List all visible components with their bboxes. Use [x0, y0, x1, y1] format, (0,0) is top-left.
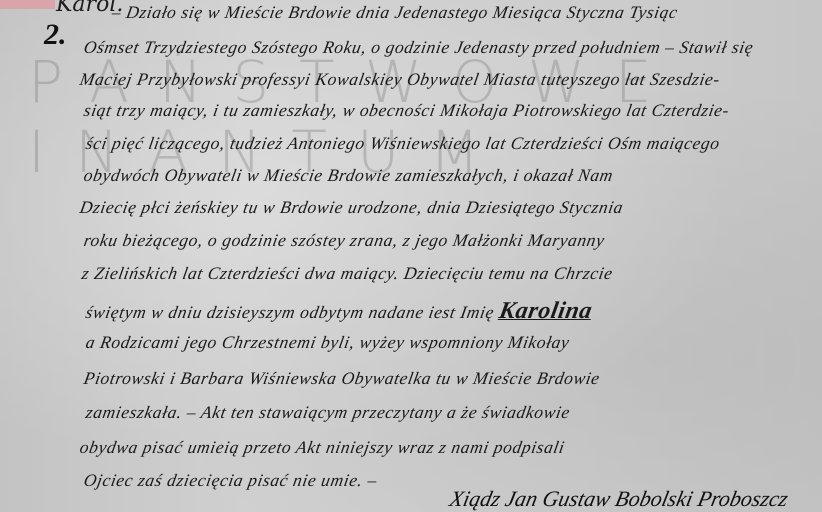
- text-line-1: – Działo się w Mieście Brdowie dnia Jede…: [110, 2, 679, 23]
- child-name-highlight: Karolina: [497, 298, 594, 324]
- text-line-7: Dziecię płci żeńskiey tu w Brdowie urodz…: [78, 197, 625, 218]
- text-line-9: z Zielińskich lat Czterdzieści dwa maiąc…: [80, 263, 614, 284]
- text-line-13: zamieszkała. – Akt ten stawaiącym przecz…: [84, 402, 572, 423]
- text-line-15: Ojciec zaś dziecięcia pisać nie umie. –: [82, 470, 379, 491]
- signature-priest: Xiądz Jan Gustaw Bobolski Proboszcz: [447, 486, 790, 512]
- text-line-11: a Rodzicami jego Chrzestnemi byli, wyżey…: [84, 332, 571, 353]
- text-line-4: siąt trzy maiący, i tu zamieszkały, w ob…: [82, 100, 731, 121]
- text-line-2: Ośmset Trzydziestego Szóstego Roku, o go…: [82, 37, 755, 58]
- entry-number: 2.: [44, 18, 67, 52]
- text-line-8: roku bieżącego, o godzinie szóstey zrana…: [82, 230, 606, 251]
- text-line-10-content: świętym w dniu dzisieyszym odbytym nadan…: [84, 302, 594, 322]
- text-line-12: Piotrowski i Barbara Wiśniewska Obywatel…: [82, 368, 601, 389]
- text-line-5: ści pięć liczącego, tudzież Antoniego Wi…: [84, 133, 721, 154]
- text-line-3: Maciej Przybyłowski professyi Kowalskiey…: [78, 69, 722, 90]
- text-line-10: świętym w dniu dzisieyszym odbytym nadan…: [84, 298, 595, 325]
- text-line-6: obydwóch Obywateli w Mieście Brdowie zam…: [82, 165, 615, 186]
- document-scan: PAŃSTWOWE INANTUM Karol. 2. – Działo się…: [0, 0, 822, 512]
- text-line-14: obydwa pisać umieią przeto Akt niniejszy…: [78, 437, 566, 458]
- corner-tab: [0, 0, 55, 9]
